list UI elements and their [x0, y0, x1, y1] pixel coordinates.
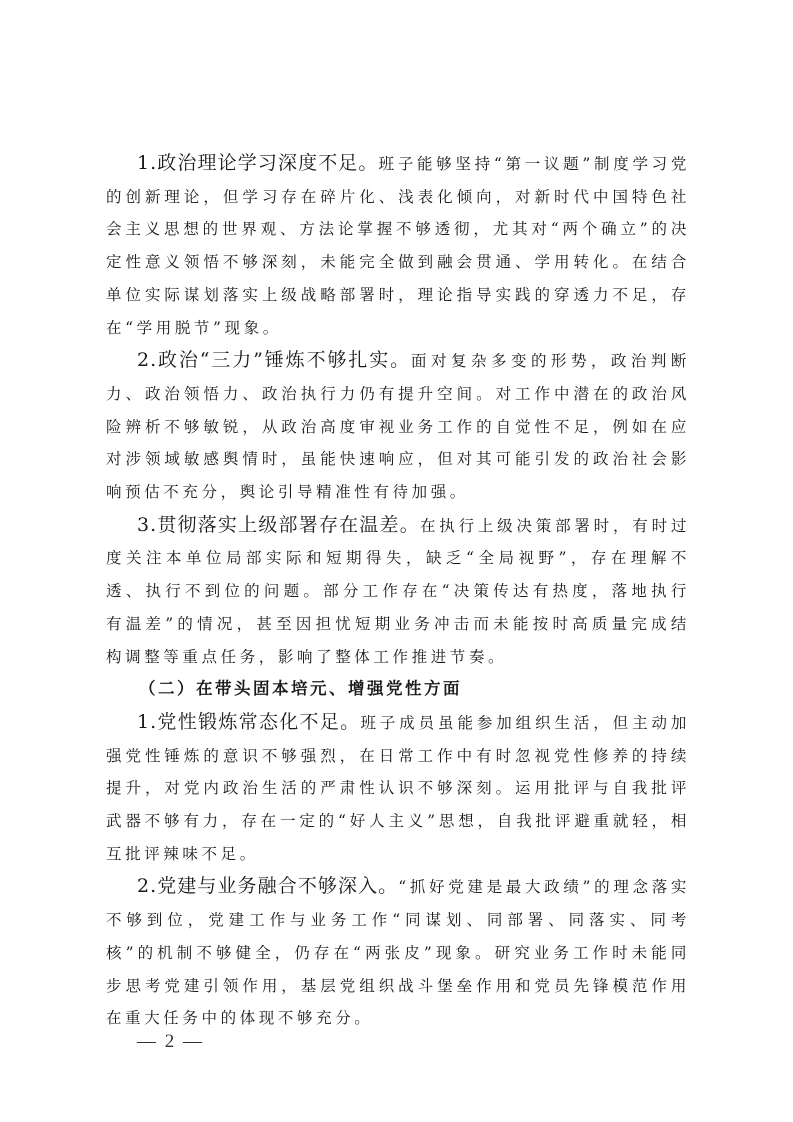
- paragraph-political-theory: 1.政治理论学习深度不足。班子能够坚持“第一议题”制度学习党的创新理论，但学习存…: [106, 147, 690, 344]
- page-number: — 2 —: [137, 1031, 204, 1053]
- item-lead: 2.党建与业务融合不够深入。: [137, 875, 398, 897]
- paragraph-implementation-gap: 3.贯彻落实上级部署存在温差。在执行上级决策部署时，有时过度关注本单位局部实际和…: [106, 509, 690, 674]
- item-body: 在执行上级决策部署时，有时过度关注本单位局部实际和短期得失，缺乏“全局视野”，存…: [106, 517, 690, 666]
- paragraph-political-three-powers: 2.政治“三力”锤炼不够扎实。面对复杂多变的形势，政治判断力、政治领悟力、政治执…: [106, 344, 690, 509]
- item-lead: 1.党性锻炼常态化不足。: [137, 711, 360, 733]
- paragraph-party-spirit: 1.党性锻炼常态化不足。班子成员虽能参加组织生活，但主动加强党性锤炼的意识不够强…: [106, 706, 690, 871]
- item-body: 班子能够坚持“第一议题”制度学习党的创新理论，但学习存在碎片化、浅表化倾向，对新…: [106, 155, 690, 337]
- document-body: 1.政治理论学习深度不足。班子能够坚持“第一议题”制度学习党的创新理论，但学习存…: [106, 147, 690, 1035]
- item-body: 面对复杂多变的形势，政治判断力、政治领悟力、政治执行力仍有提升空间。对工作中潜在…: [106, 352, 690, 501]
- paragraph-party-business-integration: 2.党建与业务融合不够深入。“抓好党建是最大政绩”的理念落实不够到位，党建工作与…: [106, 870, 690, 1035]
- section-heading: （二）在带头固本培元、增强党性方面: [106, 673, 690, 706]
- item-lead: 3.贯彻落实上级部署存在温差。: [137, 514, 420, 536]
- item-body: 班子成员虽能参加组织生活，但主动加强党性锤炼的意识不够强烈，在日常工作中有时忽视…: [106, 714, 690, 863]
- item-lead: 2.政治“三力”锤炼不够扎实。: [137, 349, 411, 371]
- item-lead: 1.政治理论学习深度不足。: [137, 152, 379, 174]
- item-body: “抓好党建是最大政绩”的理念落实不够到位，党建工作与业务工作“同谋划、同部署、同…: [106, 878, 690, 1027]
